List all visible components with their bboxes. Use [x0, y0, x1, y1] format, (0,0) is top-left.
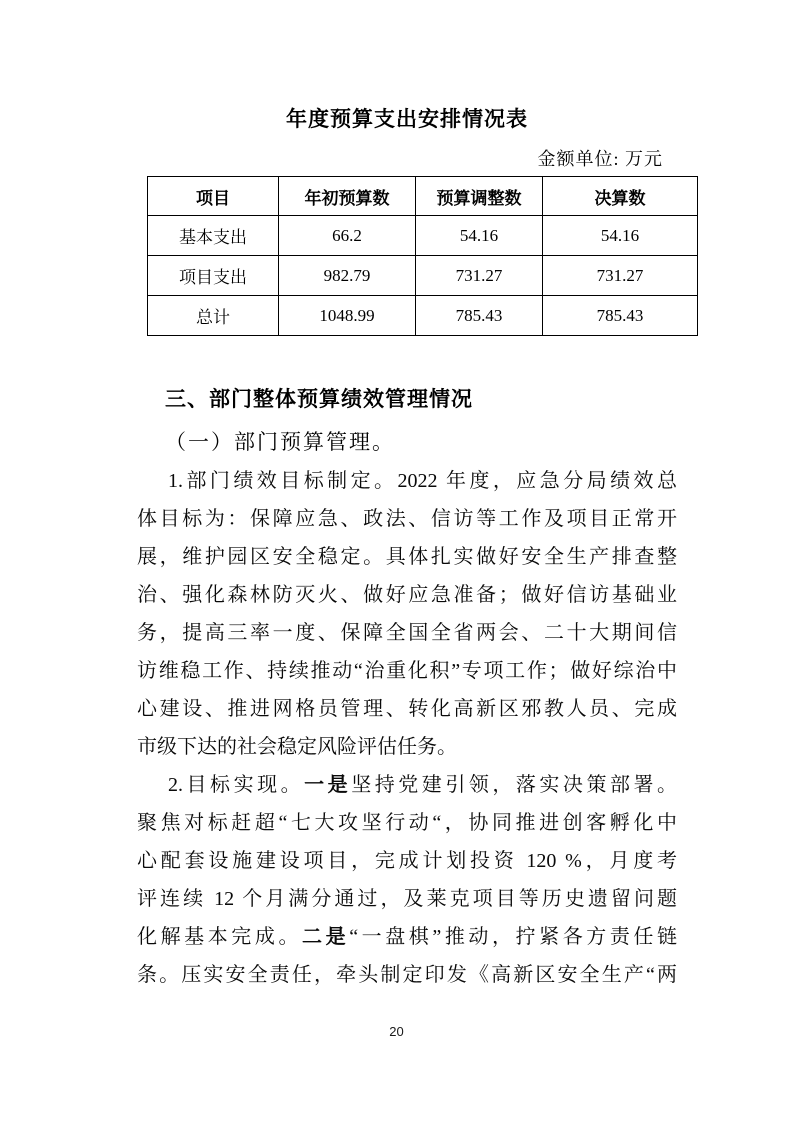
value-cell: 785.43 [416, 296, 543, 336]
body-text-segment: 坚持党建引领，落实决策部署。 [351, 774, 677, 796]
document-page: 年度预算支出安排情况表 金额单位: 万元 项目年初预算数预算调整数决算数 基本支… [0, 0, 793, 1122]
value-cell: 731.27 [543, 256, 698, 296]
table-header-cell: 预算调整数 [416, 177, 543, 216]
value-cell: 54.16 [543, 216, 698, 256]
body-text-segment: 治、强化森林防灭火、做好应急准备；做好信访基础业 [137, 584, 677, 606]
paragraph-line: 市级下达的社会稳定风险评估任务。 [137, 728, 677, 766]
table-title: 年度预算支出安排情况表 [137, 103, 677, 133]
budget-table-body: 基本支出66.254.1654.16项目支出982.79731.27731.27… [148, 216, 698, 336]
unit-note: 金额单位: 万元 [137, 145, 663, 171]
paragraph-line: 访维稳工作、持续推动“治重化积”专项工作；做好综治中 [137, 652, 677, 690]
paragraph-line: 1.部门绩效目标制定。2022 年度，应急分局绩效总 [137, 462, 677, 500]
paragraph-line: 展，维护园区安全稳定。具体扎实做好安全生产排查整 [137, 538, 677, 576]
page-number: 20 [0, 1024, 793, 1039]
value-cell: 982.79 [279, 256, 416, 296]
body-text-segment: 市级下达的社会稳定风险评估任务。 [137, 736, 457, 758]
body-text-segment: 访维稳工作、持续推动“治重化积”专项工作；做好综治中 [137, 660, 677, 682]
emphasis-text: 一是 [304, 774, 351, 796]
value-cell: 66.2 [279, 216, 416, 256]
paragraph-line: 评连续 12 个月满分通过，及莱克项目等历史遗留问题 [137, 880, 677, 918]
paragraph-line: 聚焦对标赶超“七大攻坚行动“，协同推进创客孵化中 [137, 804, 677, 842]
body-paragraphs: 1.部门绩效目标制定。2022 年度，应急分局绩效总体目标为：保障应急、政法、信… [137, 462, 677, 994]
body-text-segment: 聚焦对标赶超“七大攻坚行动“，协同推进创客孵化中 [137, 812, 677, 834]
table-row: 项目支出982.79731.27731.27 [148, 256, 698, 296]
subsection-heading: （一）部门预算管理。 [165, 426, 395, 456]
body-text-segment: “一盘棋”推动，拧紧各方责任链 [349, 926, 677, 948]
value-cell: 1048.99 [279, 296, 416, 336]
body-text-segment: 化解基本完成。 [137, 926, 302, 948]
body-text-segment: 心配套设施建设项目，完成计划投资 120 %，月度考 [137, 850, 677, 872]
budget-table: 项目年初预算数预算调整数决算数 基本支出66.254.1654.16项目支出98… [147, 176, 698, 336]
table-header-cell: 项目 [148, 177, 279, 216]
body-text-segment: 体目标为：保障应急、政法、信访等工作及项目正常开 [137, 508, 677, 530]
paragraph-line: 心配套设施建设项目，完成计划投资 120 %，月度考 [137, 842, 677, 880]
table-header-cell: 决算数 [543, 177, 698, 216]
row-label-cell: 基本支出 [148, 216, 279, 256]
table-row: 基本支出66.254.1654.16 [148, 216, 698, 256]
body-text-segment: 2.目标实现。 [168, 774, 304, 796]
row-label-cell: 项目支出 [148, 256, 279, 296]
paragraph-line: 条。压实安全责任，牵头制定印发《高新区安全生产“两 [137, 956, 677, 994]
table-header-cell: 年初预算数 [279, 177, 416, 216]
body-text-segment: 1.部门绩效目标制定。2022 年度，应急分局绩效总 [168, 470, 677, 492]
body-text-segment: 评连续 12 个月满分通过，及莱克项目等历史遗留问题 [137, 888, 677, 910]
body-text-segment: 条。压实安全责任，牵头制定印发《高新区安全生产“两 [137, 964, 677, 986]
value-cell: 731.27 [416, 256, 543, 296]
row-label-cell: 总计 [148, 296, 279, 336]
body-text-segment: 心建设、推进网格员管理、转化高新区邪教人员、完成 [137, 698, 677, 720]
paragraph-line: 化解基本完成。二是“一盘棋”推动，拧紧各方责任链 [137, 918, 677, 956]
paragraph-line: 心建设、推进网格员管理、转化高新区邪教人员、完成 [137, 690, 677, 728]
value-cell: 54.16 [416, 216, 543, 256]
emphasis-text: 二是 [302, 926, 349, 948]
table-row: 总计1048.99785.43785.43 [148, 296, 698, 336]
paragraph-line: 2.目标实现。一是坚持党建引领，落实决策部署。 [137, 766, 677, 804]
table-header-row: 项目年初预算数预算调整数决算数 [148, 177, 698, 216]
value-cell: 785.43 [543, 296, 698, 336]
paragraph-line: 治、强化森林防灭火、做好应急准备；做好信访基础业 [137, 576, 677, 614]
body-text-segment: 务，提高三率一度、保障全国全省两会、二十大期间信 [137, 622, 677, 644]
body-text-segment: 展，维护园区安全稳定。具体扎实做好安全生产排查整 [137, 546, 677, 568]
paragraph-line: 务，提高三率一度、保障全国全省两会、二十大期间信 [137, 614, 677, 652]
section-heading: 三、部门整体预算绩效管理情况 [165, 383, 473, 413]
paragraph-line: 体目标为：保障应急、政法、信访等工作及项目正常开 [137, 500, 677, 538]
